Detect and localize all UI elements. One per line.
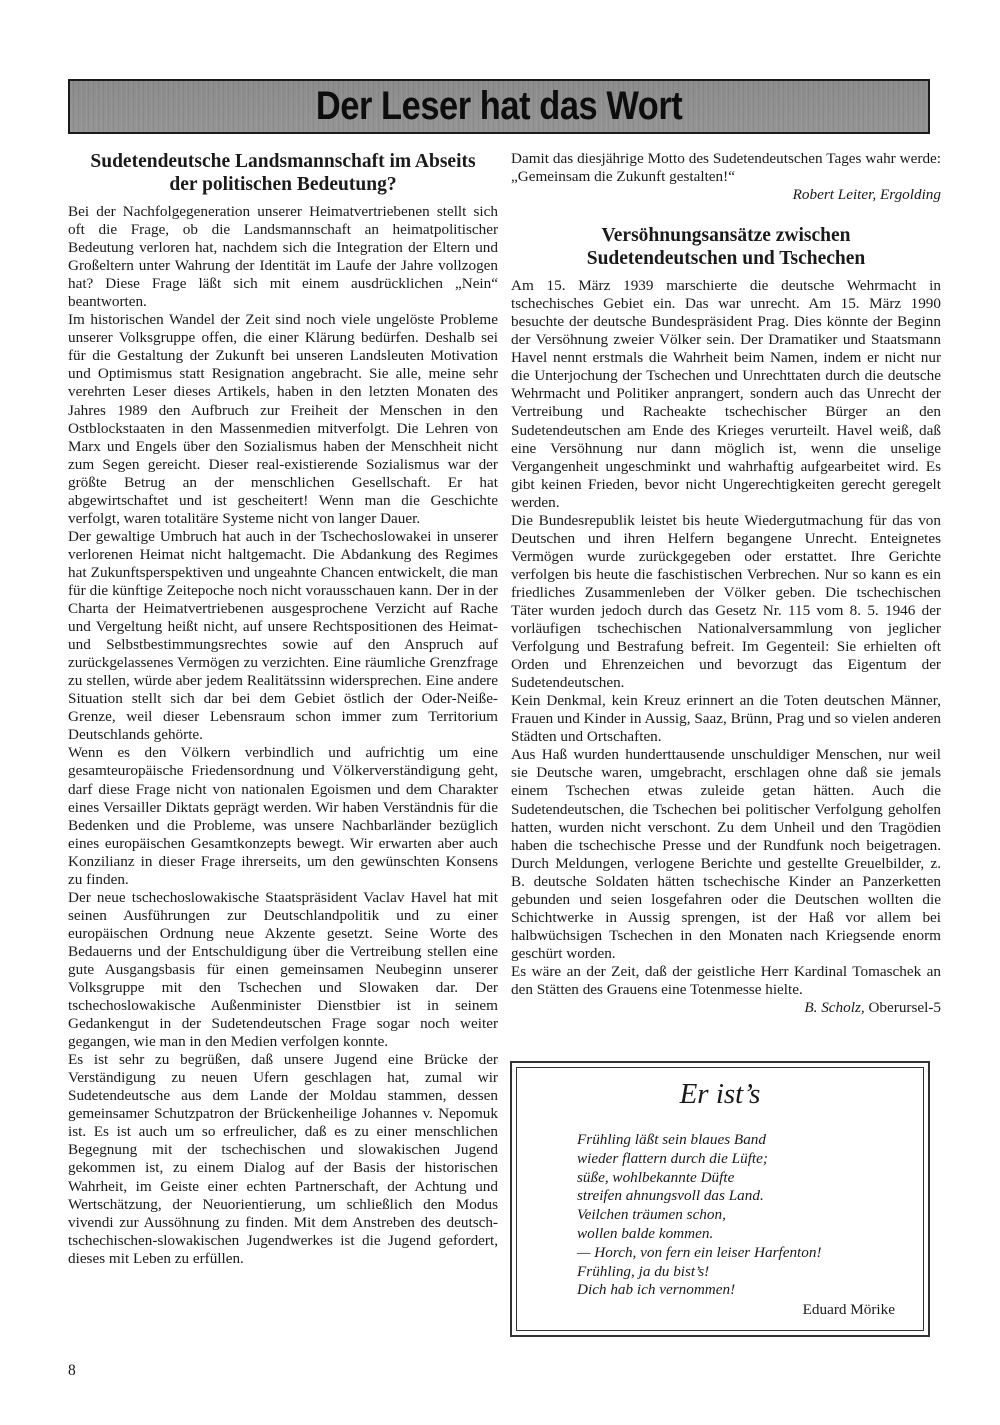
poem-line: süße, wohlbekannte Düfte bbox=[577, 1169, 822, 1188]
poem-line: Frühling, ja du bist’s! bbox=[577, 1263, 822, 1282]
poem-line: Dich hab ich vernommen! bbox=[577, 1281, 822, 1300]
poem-line: wollen balde kommen. bbox=[577, 1225, 822, 1244]
article-title: Versöhnungsansätze zwischen Sudetendeuts… bbox=[511, 224, 941, 270]
page-header-banner: Der Leser hat das Wort bbox=[68, 79, 930, 134]
poem-author: Eduard Mörike bbox=[803, 1301, 895, 1319]
author-signature: Robert Leiter, Ergolding bbox=[511, 186, 941, 204]
poem-line: Veilchen träumen schon, bbox=[577, 1206, 822, 1225]
paragraph: Es ist sehr zu begrüßen, daß unsere Juge… bbox=[68, 1051, 498, 1268]
right-column: Damit das diesjährige Motto des Sudetend… bbox=[511, 150, 941, 1017]
paragraph: Kein Denkmal, kein Kreuz erinnert an die… bbox=[511, 692, 941, 746]
article-title-line-2: der politischen Bedeutung? bbox=[169, 174, 396, 195]
paragraph: Die Bundesrepublik leistet bis heute Wie… bbox=[511, 512, 941, 692]
author-place: Oberursel-5 bbox=[865, 999, 941, 1016]
article-title-line-2: Sudetendeutschen und Tschechen bbox=[587, 248, 866, 269]
author-name: B. Scholz, bbox=[804, 999, 864, 1016]
paragraph: Aus Haß wurden hunderttausende unschuldi… bbox=[511, 746, 941, 963]
paragraph: Bei der Nachfolgegeneration unserer Heim… bbox=[68, 203, 498, 311]
poem-line: Frühling läßt sein blaues Band bbox=[577, 1131, 822, 1150]
article-title-line-1: Versöhnungsansätze zwischen bbox=[601, 225, 850, 246]
paragraph: Im historischen Wandel der Zeit sind noc… bbox=[68, 311, 498, 528]
page-number: 8 bbox=[68, 1362, 76, 1380]
article-title: Sudetendeutsche Landsmannschaft im Absei… bbox=[68, 150, 498, 196]
poem-line: — Horch, von fern ein leiser Harfenton! bbox=[577, 1244, 822, 1263]
paragraph: Am 15. März 1939 marschierte die deutsch… bbox=[511, 277, 941, 512]
poem-title: Er ist’s bbox=[517, 1078, 923, 1111]
poem-inner-frame: Er ist’s Frühling läßt sein blaues Band … bbox=[516, 1067, 924, 1331]
author-signature: B. Scholz, Oberursel-5 bbox=[511, 999, 941, 1017]
poem-line: streifen ahnungsvoll das Land. bbox=[577, 1187, 822, 1206]
poem-box: Er ist’s Frühling läßt sein blaues Band … bbox=[510, 1061, 930, 1337]
poem-lines: Frühling läßt sein blaues Band wieder fl… bbox=[577, 1131, 822, 1300]
page-title: Der Leser hat das Wort bbox=[316, 84, 683, 129]
article-continuation: Damit das diesjährige Motto des Sudetend… bbox=[511, 150, 941, 186]
left-column-article: Sudetendeutsche Landsmannschaft im Absei… bbox=[68, 150, 498, 1268]
paragraph: Der neue tschechoslowakische Staatspräsi… bbox=[68, 889, 498, 1051]
paragraph: Der gewaltige Umbruch hat auch in der Ts… bbox=[68, 528, 498, 745]
paragraph: Wenn es den Völkern verbindlich und aufr… bbox=[68, 744, 498, 888]
article-title-line-1: Sudetendeutsche Landsmannschaft im Absei… bbox=[90, 151, 475, 172]
paragraph: Es wäre an der Zeit, daß der geistliche … bbox=[511, 963, 941, 999]
poem-line: wieder flattern durch die Lüfte; bbox=[577, 1150, 822, 1169]
